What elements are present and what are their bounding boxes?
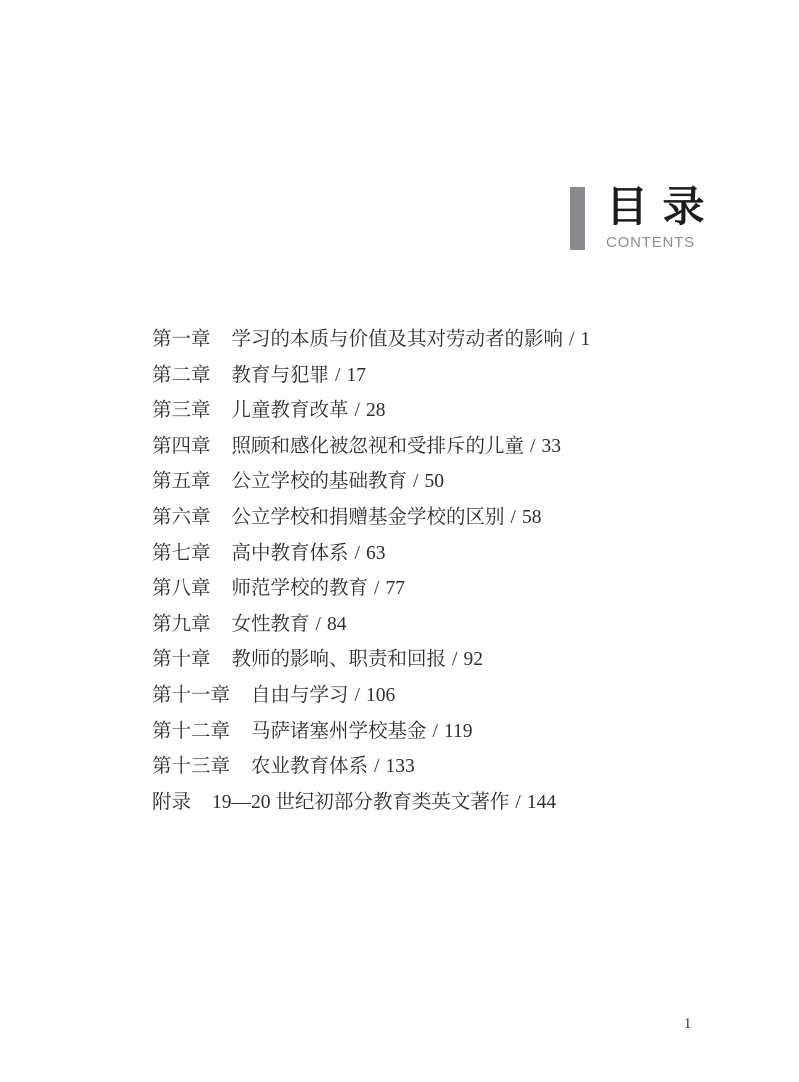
toc-entry-title: 师范学校的教育 bbox=[232, 578, 369, 599]
toc-entry-title: 教师的影响、职责和回报 bbox=[232, 649, 447, 670]
toc-entry-title: 马萨诸塞州学校基金 bbox=[251, 721, 427, 742]
toc-entry: 附录19—20 世纪初部分教育类英文著作/144 bbox=[152, 785, 732, 821]
page-subtitle: CONTENTS bbox=[606, 234, 707, 251]
toc-entry-page: 106 bbox=[366, 685, 395, 706]
toc-entry-separator: / bbox=[452, 649, 457, 670]
toc-entry-page: 28 bbox=[366, 400, 386, 421]
toc-entry: 第八章师范学校的教育/77 bbox=[152, 571, 732, 607]
toc-entry-title: 19—20 世纪初部分教育类英文著作 bbox=[212, 792, 509, 813]
toc-entry-label: 第十章 bbox=[152, 649, 211, 670]
toc-entry-separator: / bbox=[335, 365, 340, 386]
toc-entry-page: 119 bbox=[444, 721, 473, 742]
toc-entry: 第一章学习的本质与价值及其对劳动者的影响/1 bbox=[152, 322, 732, 358]
toc-entry-separator: / bbox=[530, 436, 535, 457]
toc-entry: 第十三章农业教育体系/133 bbox=[152, 749, 732, 785]
toc-entry-title: 照顾和感化被忽视和受排斥的儿童 bbox=[232, 436, 525, 457]
toc-entry-title: 公立学校和捐赠基金学校的区别 bbox=[232, 507, 505, 528]
toc-entry-label: 附录 bbox=[152, 792, 191, 813]
toc-entry-page: 77 bbox=[385, 578, 405, 599]
toc-entry-page: 1 bbox=[580, 329, 590, 350]
toc-entry-page: 33 bbox=[541, 436, 561, 457]
page-number: 1 bbox=[684, 1014, 691, 1034]
toc-entry-separator: / bbox=[511, 507, 516, 528]
toc-entry: 第二章教育与犯罪/17 bbox=[152, 358, 732, 394]
toc-entry-label: 第十一章 bbox=[152, 685, 230, 706]
toc-entry: 第六章公立学校和捐赠基金学校的区别/58 bbox=[152, 500, 732, 536]
toc-entry-label: 第一章 bbox=[152, 329, 211, 350]
toc-entry-label: 第二章 bbox=[152, 365, 211, 386]
toc-entry: 第九章女性教育/84 bbox=[152, 607, 732, 643]
toc-entry-separator: / bbox=[374, 756, 379, 777]
toc-page: 目 录 CONTENTS 第一章学习的本质与价值及其对劳动者的影响/1 第二章教… bbox=[0, 0, 799, 1082]
toc-entry-label: 第七章 bbox=[152, 543, 211, 564]
toc-entry: 第十章教师的影响、职责和回报/92 bbox=[152, 642, 732, 678]
toc-entry-separator: / bbox=[355, 543, 360, 564]
toc-entry: 第七章高中教育体系/63 bbox=[152, 536, 732, 572]
toc-entry-title: 学习的本质与价值及其对劳动者的影响 bbox=[232, 329, 564, 350]
toc-entry-title: 高中教育体系 bbox=[232, 543, 349, 564]
toc-entry-label: 第十二章 bbox=[152, 721, 230, 742]
toc-entry-title: 农业教育体系 bbox=[251, 756, 368, 777]
toc-entry-label: 第八章 bbox=[152, 578, 211, 599]
toc-entry-page: 144 bbox=[527, 792, 556, 813]
toc-entry-separator: / bbox=[355, 685, 360, 706]
toc-entry-title: 教育与犯罪 bbox=[232, 365, 330, 386]
toc-entry-page: 50 bbox=[424, 471, 444, 492]
toc-entry-separator: / bbox=[433, 721, 438, 742]
toc-entry-separator: / bbox=[515, 792, 520, 813]
toc-entry-label: 第六章 bbox=[152, 507, 211, 528]
toc-entry: 第四章照顾和感化被忽视和受排斥的儿童/33 bbox=[152, 429, 732, 465]
toc-entry-separator: / bbox=[413, 471, 418, 492]
accent-bar bbox=[570, 187, 585, 250]
toc-entry-separator: / bbox=[569, 329, 574, 350]
toc-entry-label: 第九章 bbox=[152, 614, 211, 635]
page-title: 目 录 bbox=[606, 187, 707, 229]
header: 目 录 CONTENTS bbox=[570, 187, 707, 251]
toc-entry-title: 女性教育 bbox=[232, 614, 310, 635]
toc-entry-page: 63 bbox=[366, 543, 386, 564]
toc-list: 第一章学习的本质与价值及其对劳动者的影响/1 第二章教育与犯罪/17 第三章儿童… bbox=[152, 322, 732, 820]
toc-entry-label: 第十三章 bbox=[152, 756, 230, 777]
toc-entry: 第十二章马萨诸塞州学校基金/119 bbox=[152, 714, 732, 750]
toc-entry-title: 自由与学习 bbox=[251, 685, 349, 706]
toc-entry-page: 133 bbox=[385, 756, 414, 777]
header-text: 目 录 CONTENTS bbox=[606, 187, 707, 251]
toc-entry: 第三章儿童教育改革/28 bbox=[152, 393, 732, 429]
toc-entry-title: 公立学校的基础教育 bbox=[232, 471, 408, 492]
toc-entry-separator: / bbox=[374, 578, 379, 599]
toc-entry-page: 58 bbox=[522, 507, 542, 528]
toc-entry: 第五章公立学校的基础教育/50 bbox=[152, 464, 732, 500]
toc-entry-separator: / bbox=[355, 400, 360, 421]
toc-entry-label: 第三章 bbox=[152, 400, 211, 421]
toc-entry-page: 17 bbox=[346, 365, 366, 386]
toc-entry: 第十一章自由与学习/106 bbox=[152, 678, 732, 714]
toc-entry-label: 第四章 bbox=[152, 436, 211, 457]
toc-entry-label: 第五章 bbox=[152, 471, 211, 492]
toc-entry-title: 儿童教育改革 bbox=[232, 400, 349, 421]
toc-entry-separator: / bbox=[316, 614, 321, 635]
toc-entry-page: 92 bbox=[463, 649, 483, 670]
toc-entry-page: 84 bbox=[327, 614, 347, 635]
